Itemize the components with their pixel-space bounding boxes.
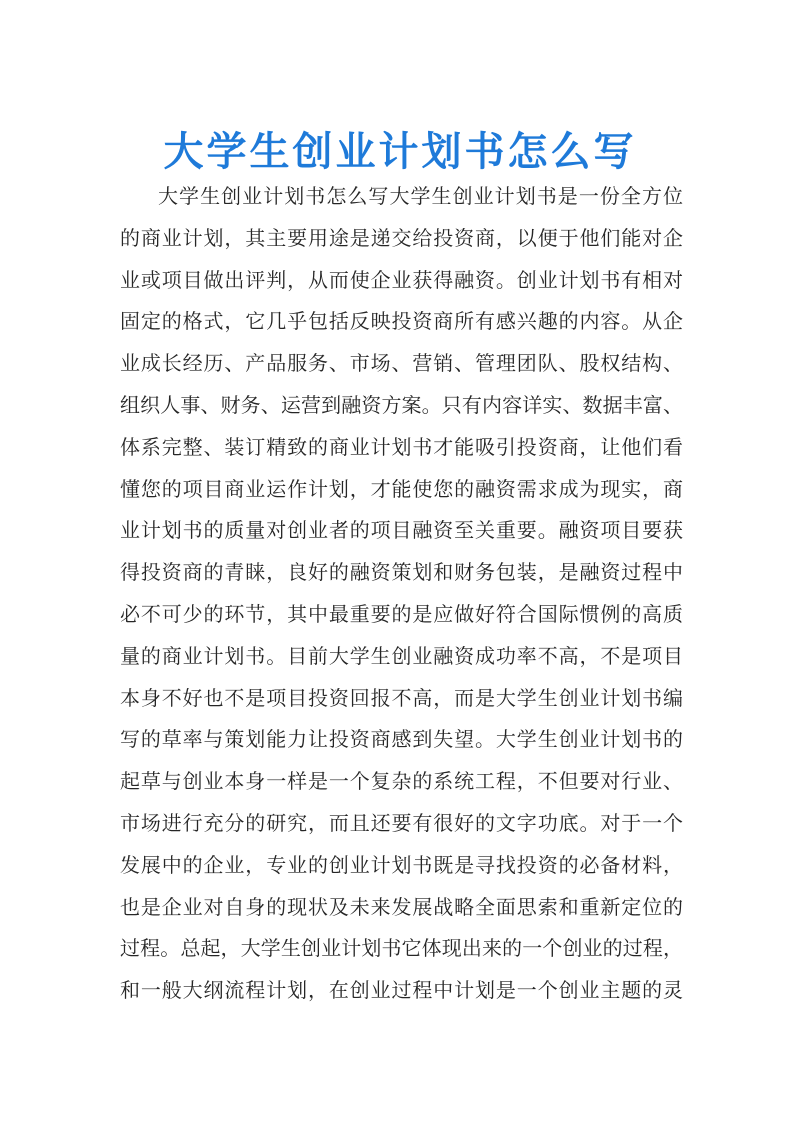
text-line: 发展中的企业，专业的创业计划书既是寻找投资的必备材料， [120, 846, 683, 888]
text-line: 固定的格式，它几乎包括反映投资商所有感兴趣的内容。从企 [120, 302, 683, 344]
text-line: 业或项目做出评判，从而使企业获得融资。创业计划书有相对 [120, 261, 683, 303]
text-line: 的商业计划，其主要用途是递交给投资商，以便于他们能对企 [120, 219, 683, 261]
text-line: 过程。总起，大学生创业计划书它体现出来的一个创业的过程， [120, 929, 683, 971]
text-line: 组织人事、财务、运营到融资方案。只有内容详实、数据丰富、 [120, 386, 683, 428]
text-line: 必不可少的环节，其中最重要的是应做好符合国际惯例的高质 [120, 595, 683, 637]
text-line: 起草与创业本身一样是一个复杂的系统工程，不但要对行业、 [120, 762, 683, 804]
text-line: 大学生创业计划书怎么写大学生创业计划书是一份全方位 [120, 177, 683, 219]
text-line: 本身不好也不是项目投资回报不高，而是大学生创业计划书编 [120, 679, 683, 721]
text-line: 量的商业计划书。目前大学生创业融资成功率不高，不是项目 [120, 637, 683, 679]
document-body: 大学生创业计划书怎么写大学生创业计划书是一份全方位 的商业计划，其主要用途是递交… [120, 177, 683, 1013]
text-line: 体系完整、装订精致的商业计划书才能吸引投资商，让他们看 [120, 428, 683, 470]
text-line: 业成长经历、产品服务、市场、营销、管理团队、股权结构、 [120, 344, 683, 386]
text-line: 和一般大纲流程计划，在创业过程中计划是一个创业主题的灵 [120, 971, 683, 1013]
text-line: 也是企业对自身的现状及未来发展战略全面思索和重新定位的 [120, 888, 683, 930]
text-line: 懂您的项目商业运作计划，才能使您的融资需求成为现实，商 [120, 470, 683, 512]
text-line: 市场进行充分的研究，而且还要有很好的文字功底。对于一个 [120, 804, 683, 846]
text-line: 得投资商的青睐，良好的融资策划和财务包装，是融资过程中 [120, 553, 683, 595]
document-page: 大学生创业计划书怎么写 大学生创业计划书怎么写大学生创业计划书是一份全方位 的商… [0, 0, 800, 1132]
text-line: 写的草率与策划能力让投资商感到失望。大学生创业计划书的 [120, 720, 683, 762]
document-title: 大学生创业计划书怎么写 [0, 128, 800, 176]
text-line: 业计划书的质量对创业者的项目融资至关重要。融资项目要获 [120, 511, 683, 553]
